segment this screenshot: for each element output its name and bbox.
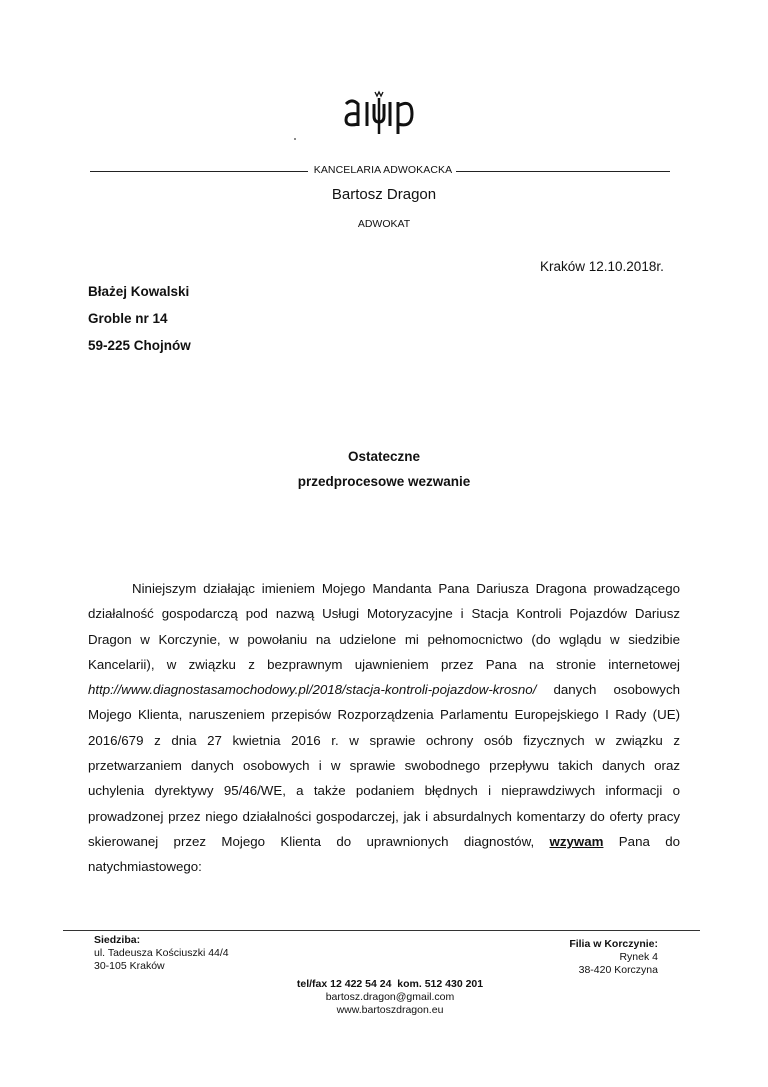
letter-body: Niniejszym działając imieniem Mojego Man…: [88, 576, 680, 880]
subject-line-2: przedprocesowe wezwanie: [0, 474, 768, 489]
footer-headquarters: Siedziba: ul. Tadeusza Kościuszki 44/4 3…: [94, 934, 229, 973]
branch-label: Filia w Korczynie:: [562, 938, 658, 951]
subject-line-1: Ostateczne: [0, 449, 768, 464]
branch-city: 38-420 Korczyna: [562, 964, 658, 977]
date-line: Kraków 12.10.2018r.: [540, 259, 664, 274]
emphasis-wzywam: wzywam: [550, 834, 604, 849]
body-text-part-1: Niniejszym działając imieniem Mojego Man…: [88, 581, 680, 672]
scan-speck: [294, 138, 296, 140]
aiip-monogram-logo-icon: [334, 78, 434, 134]
website-url: http://www.diagnostasamochodowy.pl/2018/…: [88, 682, 536, 697]
recipient-city: 59-225 Chojnów: [88, 338, 191, 353]
body-paragraph: Niniejszym działając imieniem Mojego Man…: [88, 576, 680, 880]
recipient-name: Błażej Kowalski: [88, 284, 189, 299]
header-rule-left: [90, 171, 308, 172]
lawyer-title: ADWOKAT: [0, 218, 768, 230]
firm-type: KANCELARIA ADWOKACKA: [308, 164, 458, 176]
hq-city: 30-105 Kraków: [94, 960, 229, 973]
lawyer-name: Bartosz Dragon: [0, 186, 768, 203]
footer-rule: [63, 930, 700, 931]
header-rule-right: [456, 171, 670, 172]
branch-street: Rynek 4: [562, 951, 658, 964]
hq-label: Siedziba:: [94, 934, 229, 947]
contact-phone: tel/fax 12 422 54 24 kom. 512 430 201: [250, 978, 530, 991]
footer-contact: tel/fax 12 422 54 24 kom. 512 430 201 ba…: [250, 978, 530, 1017]
body-text-part-2: danych osobowych Mojego Klienta, narusze…: [88, 682, 680, 849]
contact-website: www.bartoszdragon.eu: [250, 1004, 530, 1017]
footer-branch: Filia w Korczynie: Rynek 4 38-420 Korczy…: [562, 938, 658, 977]
hq-street: ul. Tadeusza Kościuszki 44/4: [94, 947, 229, 960]
recipient-street: Groble nr 14: [88, 311, 168, 326]
contact-email: bartosz.dragon@gmail.com: [250, 991, 530, 1004]
